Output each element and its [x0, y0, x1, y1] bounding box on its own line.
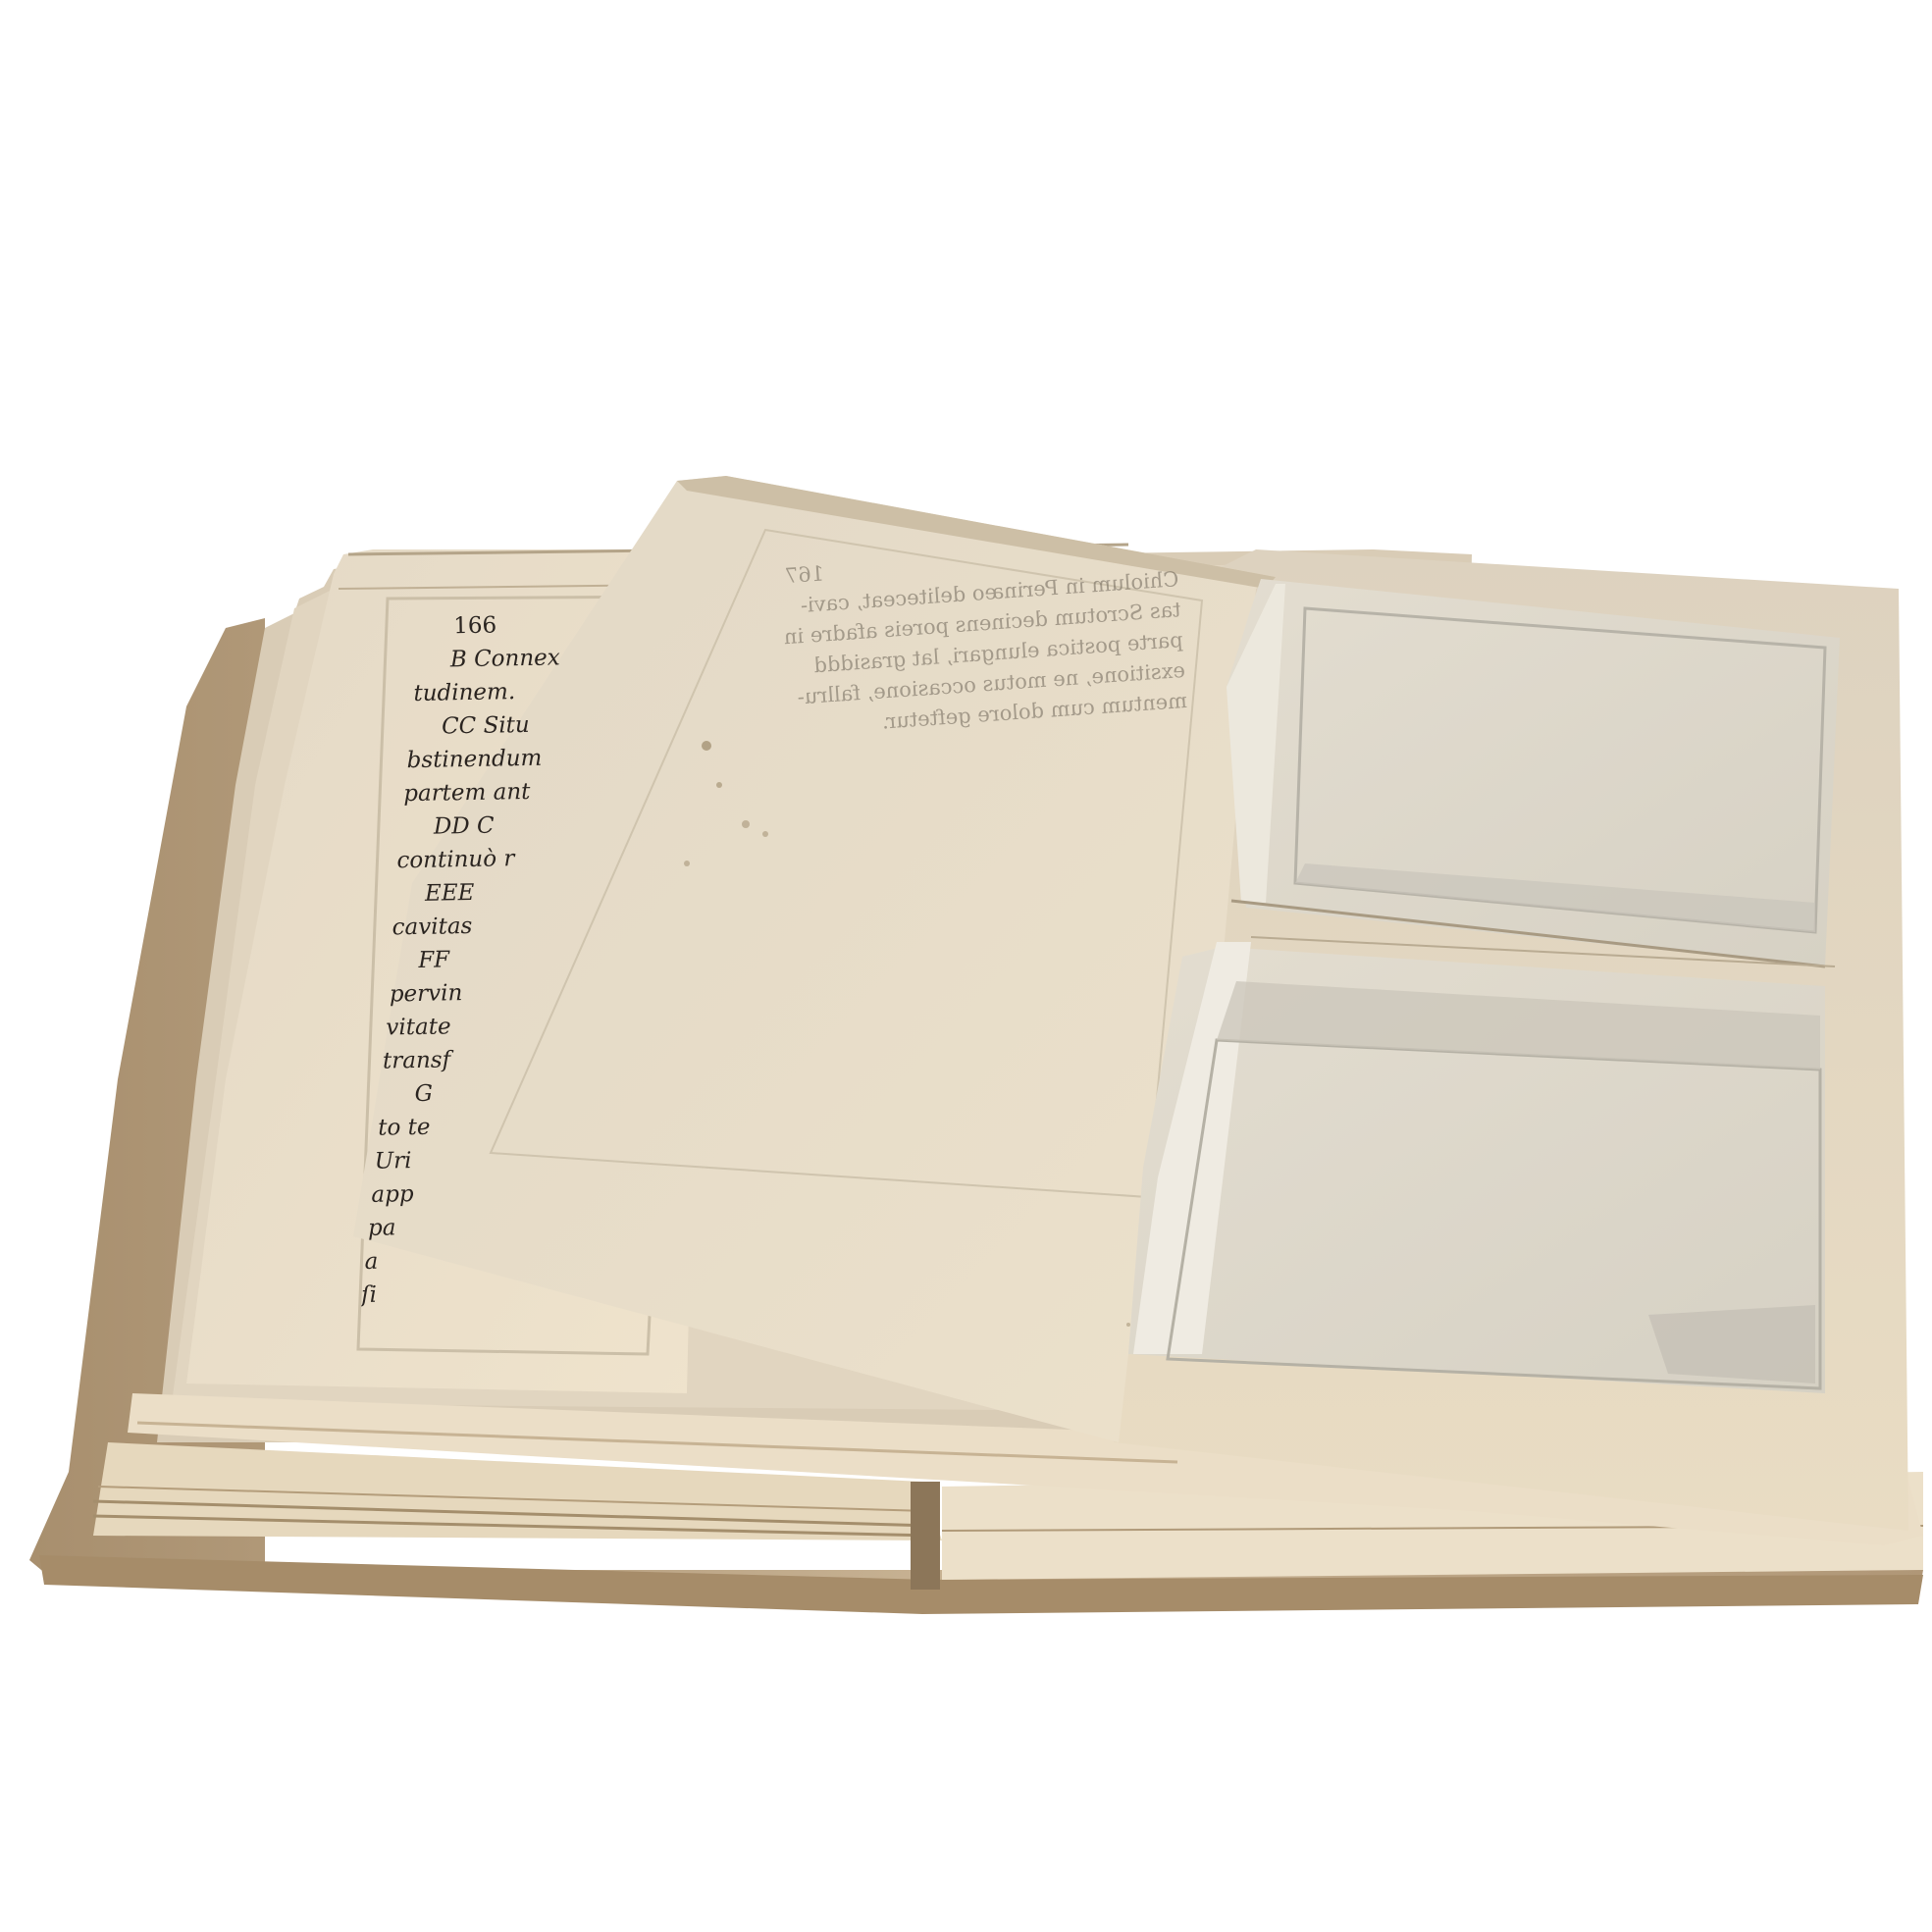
- text-line: to te: [378, 1107, 638, 1145]
- text-line: pa: [368, 1207, 640, 1245]
- text-line: CC Situ: [414, 706, 631, 744]
- text-line: EEE: [417, 873, 634, 911]
- book-photo: 166 B Connex tudinem. CC Situ bstinendum…: [0, 0, 1932, 1932]
- text-line: bstinendum: [406, 740, 631, 777]
- folded-plate-upper: [1227, 579, 1840, 966]
- text-line: B Connex: [413, 640, 630, 677]
- text-line: tudinem.: [413, 673, 630, 710]
- text-line: continuò r: [396, 840, 633, 877]
- text-line: partem ant: [403, 773, 632, 810]
- text-line: a: [364, 1240, 640, 1279]
- folded-plate-lower: [1128, 937, 1835, 1393]
- text-line: DD C: [416, 807, 633, 844]
- text-line: cavitas: [392, 907, 634, 944]
- text-line: app: [371, 1174, 639, 1212]
- text-line: transf: [383, 1040, 637, 1077]
- left-page-text: 166 B Connex tudinem. CC Situ bstinendum…: [412, 606, 640, 1311]
- text-line: Uri: [375, 1140, 639, 1178]
- text-line: FF: [418, 940, 635, 977]
- text-line: ſi: [361, 1274, 641, 1312]
- text-line: vitate: [386, 1007, 636, 1044]
- page-number-166: 166: [412, 606, 629, 644]
- text-line: pervin: [390, 973, 636, 1011]
- showthrough-text: 167 Chiolum in Perinæo deliteceat, cavi-…: [784, 534, 1188, 743]
- book-illustration: [0, 0, 1932, 1932]
- text-line: G: [414, 1073, 637, 1111]
